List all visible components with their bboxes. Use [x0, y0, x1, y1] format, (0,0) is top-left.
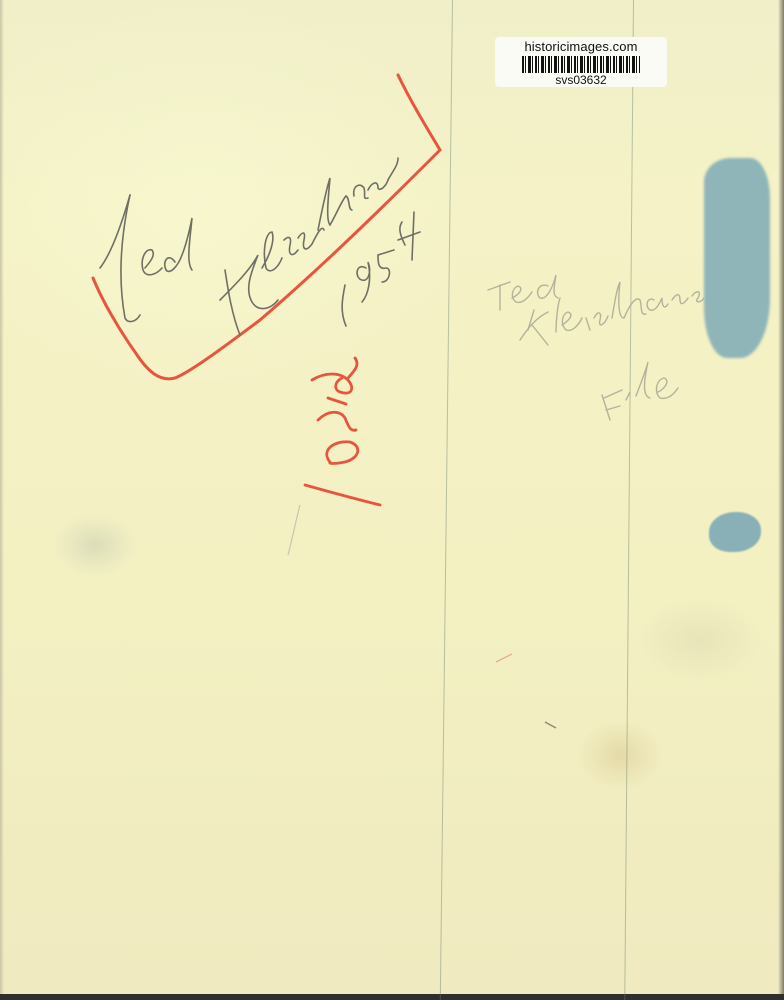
pencil-text-ted — [100, 195, 192, 322]
red-crayon-number — [305, 358, 380, 505]
stray-red-mark — [496, 654, 512, 662]
red-crayon-bracket — [93, 75, 440, 379]
stray-pencil-mark — [545, 722, 556, 728]
stray-pencil-mark — [288, 505, 300, 555]
photo-back-paper: historicimages.com svs03632 — [0, 0, 784, 1000]
handwriting-layer — [0, 0, 784, 1000]
faint-pencil-secondary-note — [488, 275, 704, 420]
pencil-text-kleinhans — [220, 158, 398, 335]
pencil-text-year — [342, 212, 420, 326]
